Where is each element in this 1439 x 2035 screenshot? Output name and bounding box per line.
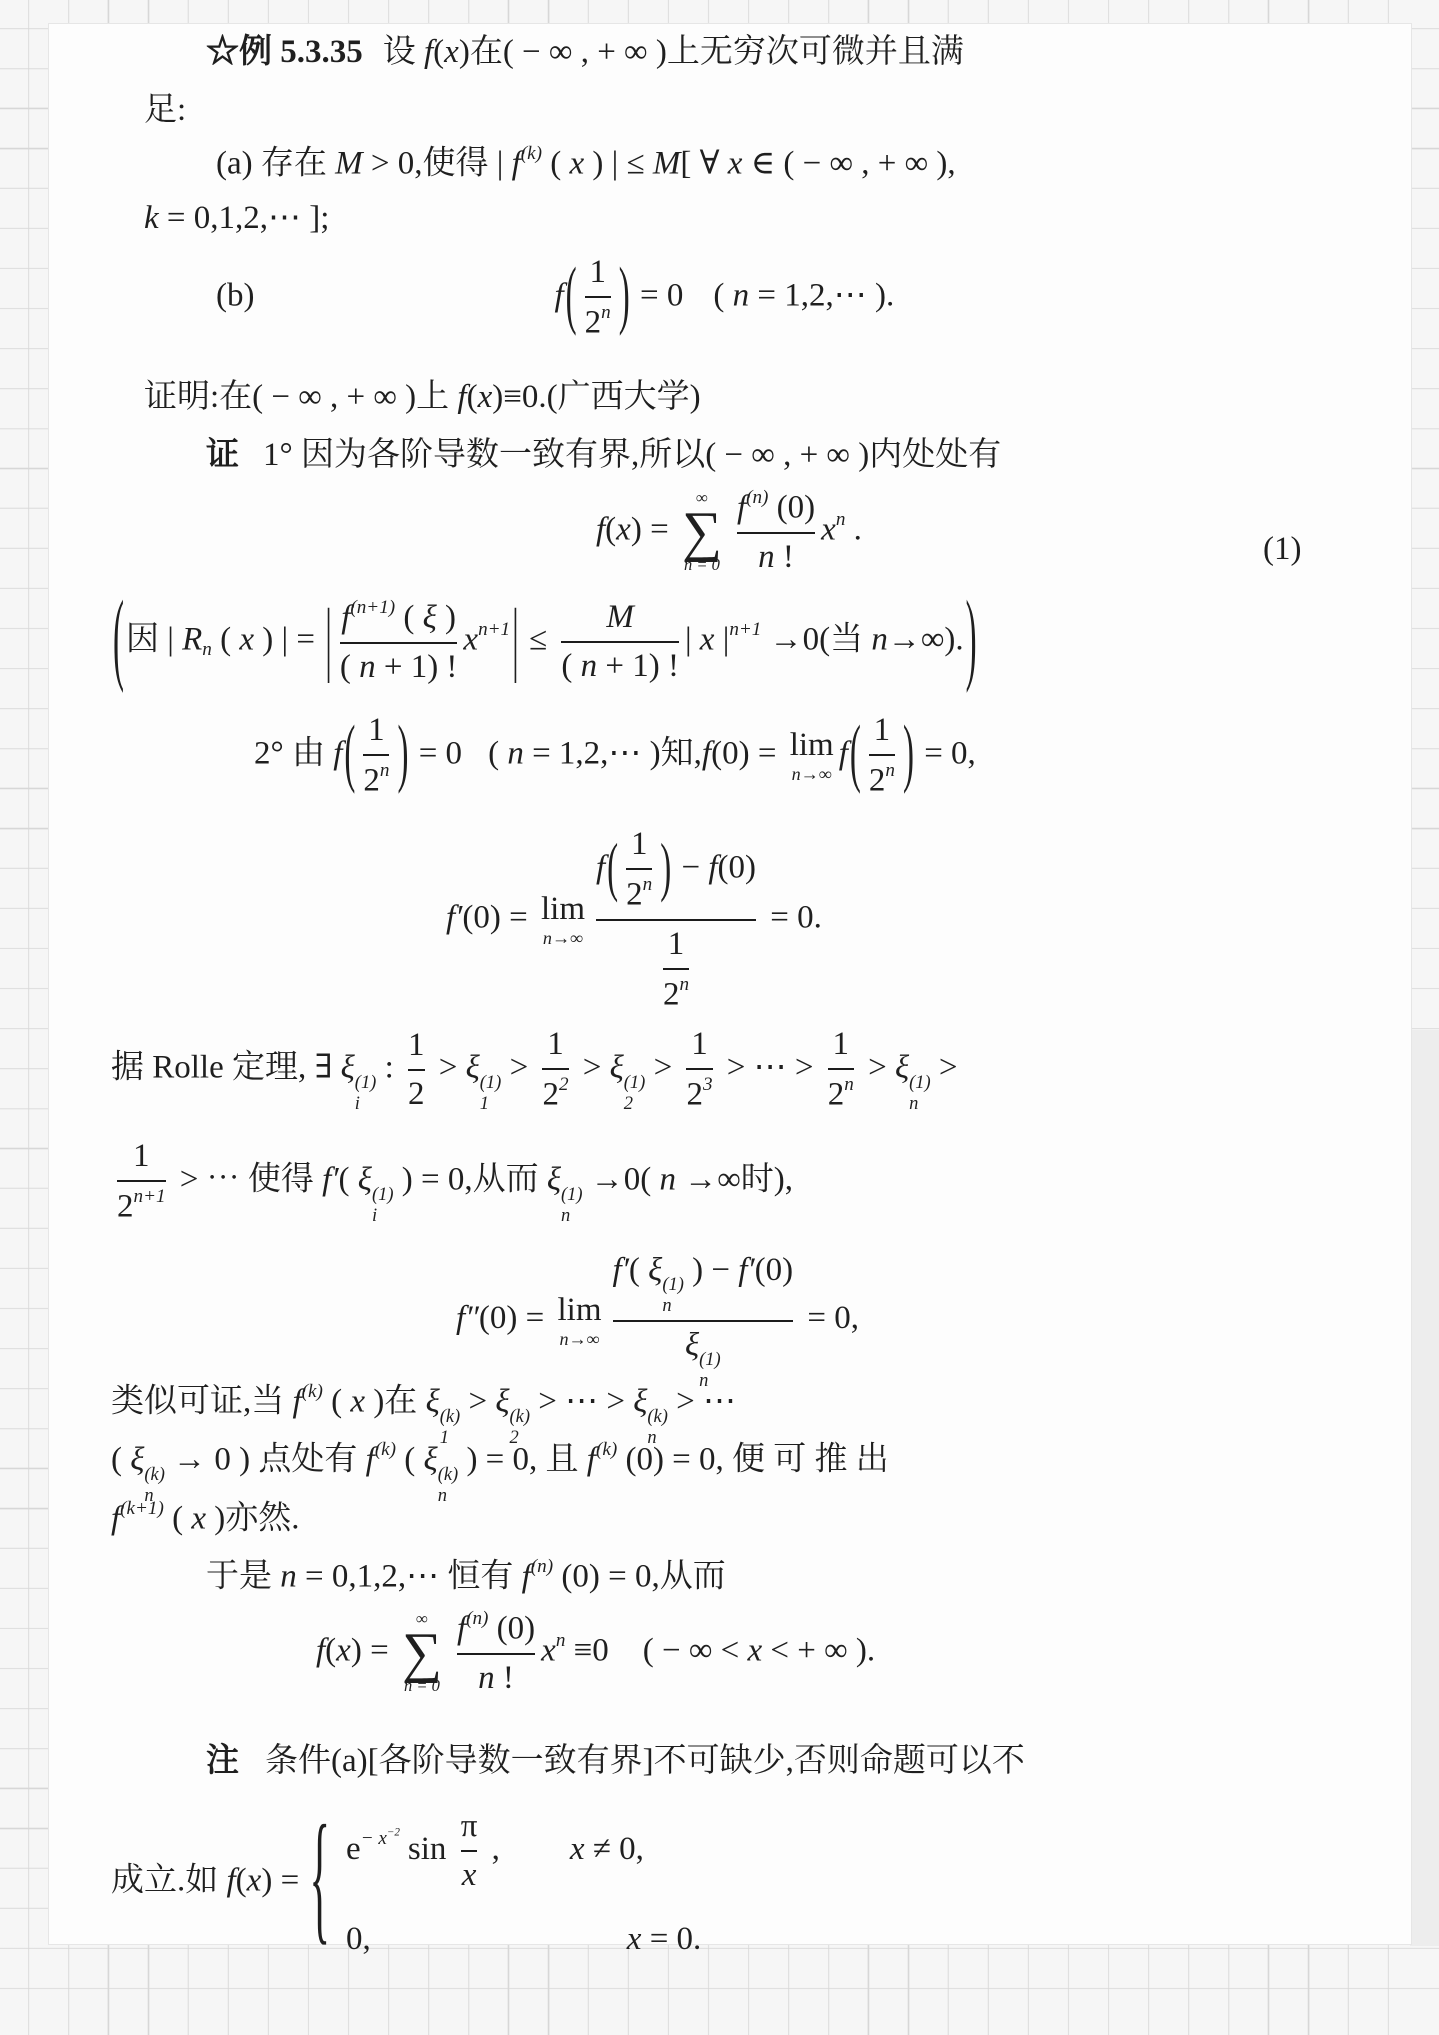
subscript: n [909, 1093, 918, 1114]
summation: ∞∑n = 0 [402, 1611, 442, 1694]
math-variable: x [247, 1862, 262, 1898]
math-variable: n [871, 622, 888, 658]
text-run: 1 [408, 1027, 425, 1063]
big-delimiter: ( [113, 591, 124, 693]
line-f-prime-zero: f′(0) = limn→∞f(12n) − f(0)12n = 0. [446, 824, 822, 1016]
case-row: e− x−2sin πx ,x ≠ 0, [346, 1806, 701, 1897]
line-conclusion: 于是 n = 0,1,2,⋯ 恒有 f(n) (0) = 0,从而 [206, 1555, 726, 1598]
text-run: 1 [133, 1138, 150, 1174]
superscript: (k) [440, 1406, 461, 1427]
superscript: n [643, 874, 653, 895]
big-delimiter: ) [903, 718, 914, 794]
math-variable: x [462, 1857, 477, 1893]
denominator: ( n + 1) ! [561, 646, 679, 687]
fraction: f(n) (0)n ! [737, 486, 815, 578]
superscript: (1) [909, 1072, 931, 1093]
line-induction-3: f(k+1) ( x )亦然. [111, 1497, 300, 1540]
fraction-bar [461, 1850, 478, 1852]
lim-lower-limit: n→∞ [792, 765, 832, 783]
line-proof-step2: 2° 由 f(12n) = 0( n = 1,2,⋯ )知,f(0) = lim… [254, 710, 976, 802]
fraction: M( n + 1) ! [561, 597, 679, 688]
sup-sub-stack: (k)n [438, 1464, 459, 1507]
lim-lower-limit: n→∞ [543, 929, 583, 947]
superscript: (1) [561, 1184, 583, 1205]
line-rolle-chain: 据 Rolle 定理, ∃ ξ(1)i : 12 > ξ(1)1 > 122 >… [111, 1024, 958, 1116]
limit: limn→∞ [558, 1294, 602, 1348]
text-run: (0) = 0,从而 [553, 1558, 726, 1594]
cases-column: e− x−2sin πx ,x ≠ 0,0,x = 0. [346, 1806, 701, 1960]
superscript: (k) [302, 1381, 323, 1402]
text-run: 类似可证,当 [111, 1383, 293, 1419]
sup-sub-stack: (1)i [372, 1184, 394, 1227]
case-row: 0,x = 0. [346, 1919, 701, 1960]
text-run: ∈ ( − ∞ , + ∞ ), [742, 145, 955, 181]
text-run: 1 [668, 926, 685, 962]
text-run: 0, [346, 1921, 371, 1957]
fraction-bar [585, 296, 611, 298]
math-variable: x [728, 145, 743, 181]
math-variable: f [457, 379, 466, 415]
text-run: 1 [631, 826, 648, 862]
text-run: ! [495, 1660, 514, 1696]
text-run: = 0 [632, 278, 684, 314]
text-run: (0) = 0, 便 可 推 出 [617, 1441, 889, 1477]
math-roman: e [346, 1831, 361, 1867]
fraction-bar [613, 1320, 794, 1322]
math-variable: x [748, 1633, 763, 1669]
math-variable: ξ [633, 1383, 647, 1419]
text-run: ) | ≤ [584, 145, 653, 181]
denominator: 12n [657, 924, 695, 1016]
fraction-bar [457, 1653, 535, 1655]
fraction-bar [686, 1068, 712, 1070]
superscript: (1) [372, 1184, 394, 1205]
text-run: + 1) ! [597, 648, 679, 684]
fraction-bar [869, 754, 895, 756]
text-run: > ⋯ > [719, 1050, 822, 1086]
fraction-bar [408, 1069, 425, 1071]
math-variable: n [507, 736, 524, 772]
subscript: 1 [480, 1093, 489, 1114]
text-run: 2 [869, 763, 886, 799]
fraction-bar [626, 868, 652, 870]
page-edge-shadow [1410, 1030, 1439, 1946]
big-delimiter: ) [966, 591, 977, 693]
math-variable: M [653, 145, 681, 181]
summation: ∞∑n = 0 [682, 490, 722, 573]
math-variable: f [512, 145, 521, 181]
line-remainder-estimate: (因 | Rn ( x ) | = |f(n+1) ( ξ )( n + 1) … [111, 596, 979, 688]
line-proof-step1: 证1° 因为各阶导数一致有界,所以( − ∞ , + ∞ )内处处有 [206, 435, 1001, 476]
fraction: f(12n) − f(0)12n [596, 824, 756, 1016]
fraction-bar [340, 642, 458, 644]
text-run: ( [325, 1633, 336, 1669]
math-variable: x [570, 1831, 585, 1867]
big-delimiter: | [512, 601, 519, 684]
fraction: πx [461, 1806, 478, 1897]
math-variable: ξ [341, 1050, 355, 1086]
superscript: n [885, 760, 895, 781]
superscript: (k) [647, 1406, 668, 1427]
math-variable: f′ [446, 899, 462, 935]
math-variable: k [144, 200, 159, 236]
math-variable: f [596, 850, 605, 886]
math-variable: x [191, 1500, 206, 1536]
scanned-page: ☆例 5.3.35设 f(x)在( − ∞ , + ∞ )上无穷次可微并且满 足… [48, 23, 1412, 1945]
text-run: . [845, 512, 862, 548]
numerator: 1 [631, 824, 648, 865]
text-run: ( [212, 622, 240, 658]
math-variable: f [708, 850, 717, 886]
math-variable: x [463, 622, 478, 658]
text-run: 2 [686, 1077, 703, 1113]
text-run: ) [437, 599, 456, 635]
math-variable: f [522, 1558, 531, 1594]
text-run: (a) 存在 [216, 145, 335, 181]
text-run: = 0. [641, 1921, 701, 1957]
math-variable: f [111, 1500, 120, 1536]
text-run: > [501, 1050, 536, 1086]
math-variable: ξ [648, 1252, 662, 1288]
superscript: (1) [662, 1274, 684, 1295]
superscript: n+1 [478, 619, 510, 640]
text-run: 1 [691, 1026, 708, 1062]
text-run: 2 [363, 763, 380, 799]
text-run: ) = [631, 512, 677, 548]
text-run: 2° 由 [254, 736, 333, 772]
text-run: ( [488, 736, 507, 772]
math-variable: f [596, 512, 605, 548]
text-run: 据 Rolle 定理, ∃ [111, 1050, 341, 1086]
text-run: ≡0 [565, 1633, 608, 1669]
text-run: (0) [718, 850, 756, 886]
line-counterexample: 成立.如 f(x) = {e− x−2sin πx ,x ≠ 0,0,x = 0… [111, 1806, 701, 1960]
text-run: ) | = [254, 622, 323, 658]
superscript: −2 [387, 1827, 400, 1839]
numerator: 1 [133, 1136, 150, 1177]
text-run: )在( − ∞ , + ∞ )上无穷次可微并且满 [459, 34, 964, 70]
fraction-bar [363, 754, 389, 756]
text-run: →∞). [888, 622, 964, 658]
math-variable: ξ [547, 1162, 561, 1198]
limit: limn→∞ [790, 729, 834, 783]
text-run: )在 [365, 1383, 426, 1419]
math-variable: − x [361, 1828, 387, 1849]
text-run: ( [111, 1441, 130, 1477]
big-delimiter: ) [397, 718, 408, 794]
superscript: n [556, 1630, 566, 1651]
subscript: i [372, 1205, 377, 1226]
subscript: n [202, 639, 212, 660]
denominator: 2n [626, 873, 652, 916]
superscript: (n) [466, 1608, 488, 1629]
text-run: )亦然. [206, 1500, 300, 1536]
text-run: ( [542, 145, 570, 181]
text-run: = 0,1,2,⋯ ]; [159, 200, 330, 236]
text-run: > ⋯ [668, 1383, 736, 1419]
line-example-statement-2: 足: [144, 90, 186, 131]
math-variable: x [444, 34, 459, 70]
numerator: 1 [368, 710, 385, 751]
math-variable: ξ [424, 1441, 438, 1477]
text-run: 2 [626, 877, 643, 913]
math-variable: f [341, 599, 350, 635]
math-variable: n [660, 1162, 677, 1198]
fraction-bar [596, 919, 756, 921]
sum-lower-limit: n = 0 [404, 1678, 440, 1695]
text-run: → 0 ) 点处有 [165, 1441, 366, 1477]
math-variable: ξ [423, 599, 437, 635]
line-condition-b: (b)f(12n) = 0( n = 1,2,⋯ ). [216, 252, 894, 344]
text-run: − [673, 850, 708, 886]
text-run: (0) = [462, 899, 536, 935]
sup-sub-stack: (1)1 [480, 1072, 502, 1115]
fraction: 12n [828, 1024, 854, 1116]
numerator: 1 [589, 252, 606, 293]
fraction: 12n+1 [117, 1136, 166, 1228]
superscript: (n) [746, 487, 768, 508]
math-variable: f [457, 1610, 466, 1646]
text-run: π [461, 1808, 478, 1844]
text-run: ( [340, 649, 359, 685]
text-run: 条件(a)[各阶导数一致有界]不可缺少,否则命题可以不 [265, 1743, 1025, 1779]
text-run: ) = [351, 1633, 397, 1669]
line-final-equation: f(x) = ∞∑n = 0f(n) (0)n !xn ≡0( − ∞ < x … [316, 1607, 875, 1699]
sup-sub-stack: (1)n [561, 1184, 583, 1227]
text-run: > [860, 1050, 895, 1086]
numerator: f(n) (0) [457, 1607, 535, 1650]
lim-word: lim [790, 729, 834, 762]
superscript: (1) [699, 1349, 721, 1370]
math-variable: f [227, 1862, 236, 1898]
numerator: 1 [691, 1024, 708, 1065]
math-variable: f′ [613, 1252, 629, 1288]
denominator: 2n [869, 759, 895, 802]
math-variable: ξ [358, 1162, 372, 1198]
superscript: 3 [703, 1074, 713, 1095]
text-run: ( [396, 1441, 424, 1477]
text-run: 1 [547, 1026, 564, 1062]
text-run: (0) [768, 489, 815, 525]
math-variable: f [293, 1383, 302, 1419]
fraction: 123 [686, 1024, 712, 1116]
fraction: 12n [869, 710, 895, 802]
text-run: )≡0.(广西大学) [492, 379, 700, 415]
denominator: ( n + 1) ! [340, 647, 458, 688]
line-condition-a: (a) 存在 M > 0,使得 | f(k) ( x ) | ≤ M[ ∀ x … [216, 142, 956, 185]
denominator: 2n [363, 759, 389, 802]
text-run: + 1) ! [376, 649, 458, 685]
superscript: (k) [144, 1464, 165, 1485]
numerator: π [461, 1806, 478, 1847]
numerator: f(n+1) ( ξ ) [341, 596, 456, 639]
numerator: f(12n) − f(0) [596, 824, 756, 916]
big-delimiter: | [325, 601, 332, 684]
fraction-bar [663, 968, 689, 970]
superscript: (k) [438, 1464, 459, 1485]
text-run: 2 [408, 1076, 425, 1112]
text-run: = 1,2,⋯ ). [749, 278, 894, 314]
superscript: − x−2 [361, 1828, 400, 1849]
bold-text-run: 注 [206, 1743, 239, 1779]
math-variable: f [333, 736, 342, 772]
math-variable: f [424, 34, 433, 70]
text-run: 2 [117, 1189, 134, 1225]
math-variable: f [839, 736, 848, 772]
line-equation-1: f(x) = ∞∑n = 0f(n) (0)n !xn . [596, 486, 862, 578]
text-run: ) = [261, 1862, 307, 1898]
text-run: > [460, 1383, 495, 1419]
text-run: ) = 0,从而 [393, 1162, 546, 1198]
text-run: (0) = [479, 1300, 553, 1336]
fraction: f(n) (0)n ! [457, 1607, 535, 1699]
math-variable: ξ [895, 1050, 909, 1086]
fraction: 12n [626, 824, 652, 916]
superscript: (k) [596, 1439, 617, 1460]
big-delimiter: ( [344, 718, 355, 794]
limit: limn→∞ [541, 893, 585, 947]
text-run: 于是 [206, 1558, 280, 1594]
math-variable: f [587, 1441, 596, 1477]
text-run: (b) [216, 278, 254, 314]
text-run: = 0,1,2,⋯ 恒有 [297, 1558, 522, 1594]
text-run: →0( [583, 1162, 660, 1198]
big-delimiter: ) [619, 260, 630, 336]
math-variable: ξ [466, 1050, 480, 1086]
subscript: n [438, 1485, 447, 1506]
text-run: 设 [383, 34, 424, 70]
numerator: 1 [874, 710, 891, 751]
text-run: 成立.如 [111, 1862, 227, 1898]
text-run: > [575, 1050, 610, 1086]
equation-number: (1) [1263, 529, 1301, 570]
line-condition-a-cont: k = 0,1,2,⋯ ]; [144, 198, 329, 239]
denominator: 2n [663, 973, 689, 1016]
math-roman: sin [408, 1831, 455, 1867]
text-run: = 0. [762, 899, 822, 935]
math-variable: ξ [495, 1383, 509, 1419]
text-run: > [645, 1050, 680, 1086]
superscript: (n+1) [350, 597, 395, 618]
denominator: 2n [585, 301, 611, 344]
superscript: (n) [531, 1556, 553, 1577]
superscript: (k) [375, 1439, 396, 1460]
subscript: n [662, 1295, 671, 1316]
denominator: 22 [542, 1073, 568, 1116]
text-run: ≤ [521, 622, 556, 658]
text-run: : [376, 1050, 402, 1086]
text-run: ( [629, 1252, 648, 1288]
numerator: f′( ξ(1)n ) − f′(0) [613, 1250, 794, 1317]
denominator: 23 [686, 1073, 712, 1116]
bold-text-run: 证 [206, 437, 239, 473]
text-run: 因 | [126, 622, 182, 658]
text-run: = 0, [799, 1300, 859, 1336]
math-variable: x [616, 512, 631, 548]
text-run: ( [395, 599, 423, 635]
numerator: M [606, 597, 634, 638]
text-run: > ⋯ 使得 [172, 1162, 323, 1198]
sup-sub-stack: (1)n [909, 1072, 931, 1115]
text-run: > 0,使得 | [363, 145, 512, 181]
math-variable: f″ [456, 1300, 479, 1336]
text-run: 2 [828, 1077, 845, 1113]
superscript: (1) [624, 1072, 646, 1093]
text-run: ( [605, 512, 616, 548]
subscript: i [355, 1093, 360, 1114]
superscript: n [836, 509, 846, 530]
lim-word: lim [541, 893, 585, 926]
text-run: ( − ∞ < [643, 1633, 748, 1669]
superscript: (k) [521, 143, 542, 164]
math-variable: n [758, 539, 775, 575]
superscript: n+1 [134, 1186, 166, 1207]
text-run: ! [775, 539, 794, 575]
fraction-bar [117, 1180, 166, 1182]
fraction: 12n [663, 924, 689, 1016]
numerator: f(n) (0) [737, 486, 815, 529]
math-variable: x [821, 512, 836, 548]
superscript: n [844, 1074, 854, 1095]
fraction: 12n [585, 252, 611, 344]
text-run: ) = 0, 且 [458, 1441, 587, 1477]
text-run: 1 [368, 712, 385, 748]
subscript: 2 [624, 1093, 633, 1114]
text-run: 1 [874, 712, 891, 748]
text-run: 2 [542, 1077, 559, 1113]
text-run: (0) = [711, 736, 785, 772]
math-variable: x [570, 145, 585, 181]
math-variable: M [606, 599, 634, 635]
text-run: (0) [488, 1610, 535, 1646]
superscript: (k) [509, 1406, 530, 1427]
text-run: ( [339, 1162, 358, 1198]
subscript: n [561, 1205, 570, 1226]
numerator: 1 [668, 924, 685, 965]
line-remark: 注条件(a)[各阶导数一致有界]不可缺少,否则命题可以不 [206, 1741, 1025, 1782]
math-variable: x [627, 1921, 642, 1957]
math-variable: n [280, 1558, 297, 1594]
fraction-bar [542, 1068, 568, 1070]
lim-lower-limit: n→∞ [559, 1330, 599, 1348]
text-run: 2 [663, 976, 680, 1012]
math-variable: f [702, 736, 711, 772]
math-variable: n [478, 1660, 495, 1696]
numerator: 1 [833, 1024, 850, 1065]
line-induction-2: ( ξ(k)n → 0 ) 点处有 f(k) ( ξ(k)n ) = 0, 且 … [111, 1438, 889, 1506]
text-run: →∞时), [676, 1162, 793, 1198]
big-delimiter: ( [566, 260, 577, 336]
math-variable: f′ [738, 1252, 754, 1288]
math-variable: f′ [322, 1162, 338, 1198]
line-rolle-chain-cont: 12n+1 > ⋯ 使得 f′( ξ(1)i ) = 0,从而 ξ(1)n →0… [111, 1136, 793, 1228]
text-run: 1° 因为各阶导数一致有界,所以( − ∞ , + ∞ )内处处有 [263, 437, 1001, 473]
numerator: 1 [547, 1024, 564, 1065]
text-run: 1 [833, 1026, 850, 1062]
text-run: ≠ 0, [585, 1831, 644, 1867]
text-run: 1 [589, 254, 606, 290]
big-delimiter: ( [607, 837, 618, 903]
text-run: →0(当 [761, 622, 871, 658]
denominator: n ! [758, 537, 794, 578]
lim-word: lim [558, 1294, 602, 1327]
superscript: (1) [480, 1072, 502, 1093]
superscript: n+1 [729, 619, 761, 640]
sup-sub-stack: (1)2 [624, 1072, 646, 1115]
text-run: 证明:在( − ∞ , + ∞ )上 [144, 379, 457, 415]
line-to-prove: 证明:在( − ∞ , + ∞ )上 f(x)≡0.(广西大学) [144, 377, 701, 418]
text-run: [ ∀ [680, 145, 727, 181]
